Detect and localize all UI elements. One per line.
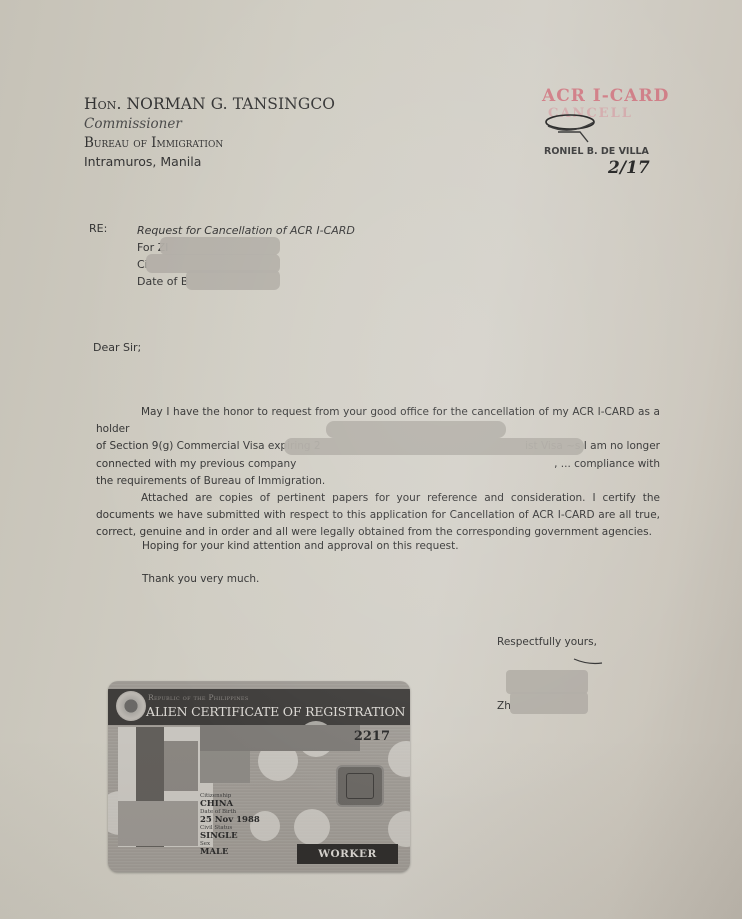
addressee-name: Hon. NORMAN G. TANSINGCO — [84, 95, 335, 113]
card-category: WORKER — [297, 844, 398, 864]
received-stamp: ACR I-CARD CANCELL RONIEL B. DE VILLA 2/… — [540, 84, 690, 194]
philippine-seal-icon — [116, 691, 146, 721]
addressee-title: Commissioner — [84, 116, 335, 132]
card-title: ALIEN CERTIFICATE OF REGISTRATION — [146, 704, 405, 719]
card-fields: Citizenship CHINA Date of Birth 25 Nov 1… — [200, 793, 260, 857]
card-pattern-dot — [388, 811, 410, 847]
redaction-pixelate — [118, 801, 198, 846]
closing-thanks: Thank you very much. — [142, 573, 259, 585]
paragraph-1-line-3: connected with my previous company , ...… — [96, 456, 660, 473]
closing-hope: Hoping for your kind attention and appro… — [142, 540, 459, 552]
field-civil-status: SINGLE — [200, 832, 260, 841]
scanned-letter-page: Hon. NORMAN G. TANSINGCO Commissioner Bu… — [0, 0, 742, 919]
stamp-line1: ACR I-CARD — [542, 86, 669, 106]
card-pattern-dot — [388, 741, 410, 777]
signer-name: Zh — [497, 700, 511, 712]
addressee-block: Hon. NORMAN G. TANSINGCO Commissioner Bu… — [84, 95, 335, 169]
p1-l3-right: , ... compliance with — [554, 456, 660, 473]
paragraph-2: Attached are copies of pertinent papers … — [96, 490, 660, 542]
redaction-box — [284, 438, 584, 455]
card-category-band: WORKER — [297, 844, 398, 864]
addressee-location: Intramuros, Manila — [84, 154, 335, 169]
redaction-pixelate — [164, 741, 198, 791]
card-pattern-dot — [294, 809, 330, 845]
paragraph-1-line-4: the requirements of Bureau of Immigratio… — [96, 473, 660, 490]
card-number-suffix: 2217 — [354, 729, 390, 744]
signature-icon — [570, 655, 610, 669]
signature-scribble-icon — [540, 112, 620, 146]
stamp-date-note: 2/17 — [608, 158, 650, 178]
acr-icard-photocopy: Republic of the Philippines ALIEN CERTIF… — [108, 681, 410, 872]
stamp-officer: RONIEL B. DE VILLA — [544, 146, 649, 157]
p1-l3-left: connected with my previous company — [96, 456, 296, 473]
redaction-pixelate — [200, 725, 360, 751]
redaction-box — [160, 237, 280, 255]
smart-chip-icon — [336, 765, 384, 807]
redaction-box — [326, 421, 506, 438]
redaction-pixelate — [200, 751, 250, 783]
card-republic: Republic of the Philippines — [148, 693, 249, 702]
field-sex: MALE — [200, 848, 260, 857]
redaction-box — [510, 692, 588, 714]
valediction: Respectfully yours, — [497, 636, 597, 648]
salutation: Dear Sir; — [93, 341, 141, 354]
addressee-office: Bureau of Immigration — [84, 135, 335, 151]
field-citizenship: CHINA — [200, 800, 260, 809]
field-date-of-birth: 25 Nov 1988 — [200, 816, 260, 825]
re-label: RE: — [89, 222, 107, 235]
redaction-box — [186, 270, 280, 290]
redaction-box — [506, 670, 588, 694]
